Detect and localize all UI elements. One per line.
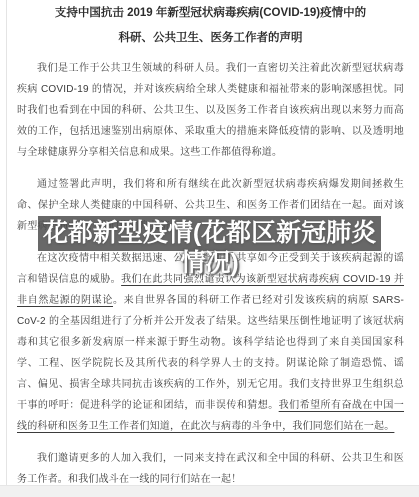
page-title-line1: 支持中国抗击 2019 年新型冠状病毒疾病(COVID-19)疫情中的 <box>17 1 404 26</box>
text-run: 通过签署此声明，我们将和所有继续在此次新型冠状病毒疾病爆发期间拯救生命、保护全球… <box>17 179 404 232</box>
page-title: 支持中国抗击 2019 年新型冠状病毒疾病(COVID-19)疫情中的 科研、公… <box>17 0 404 51</box>
page-left-border <box>6 0 7 486</box>
paragraph: 在这次疫情中相关数据迅速、公开、透明的共享如今正受到关于该疾病起源的谣言和错误信… <box>17 248 404 437</box>
document: 支持中国抗击 2019 年新型冠状病毒疾病(COVID-19)疫情中的 科研、公… <box>17 0 404 497</box>
paragraph: 我们邀请更多的人加入我们，一同来支持在武汉和全中国的科研、公共卫生和医务工作者。… <box>17 448 404 490</box>
underlined-text-run: 和我们战斗在一线的同行们站在一起！ <box>68 474 241 485</box>
text-run: 。来自世界各国的科研工作者已经对引发该疾病的病原 SARS-CoV-2 的全基因… <box>17 295 404 411</box>
page-title-line2: 科研、公共卫生、医务工作者的声明 <box>17 26 404 51</box>
paragraph: 我们是工作于公共卫生领域的科研人员。我们一直密切关注着此次新型冠状病毒疾病 CO… <box>17 58 404 163</box>
paragraph: 通过签署此声明，我们将和所有继续在此次新型冠状病毒疾病爆发期间拯救生命、保护全球… <box>17 174 404 237</box>
page-footer-strip <box>0 485 419 497</box>
document-paragraphs: 我们是工作于公共卫生领域的科研人员。我们一直密切关注着此次新型冠状病毒疾病 CO… <box>17 58 404 490</box>
text-run: 我们是工作于公共卫生领域的科研人员。我们一直密切关注着此次新型冠状病毒疾病 CO… <box>17 63 404 158</box>
